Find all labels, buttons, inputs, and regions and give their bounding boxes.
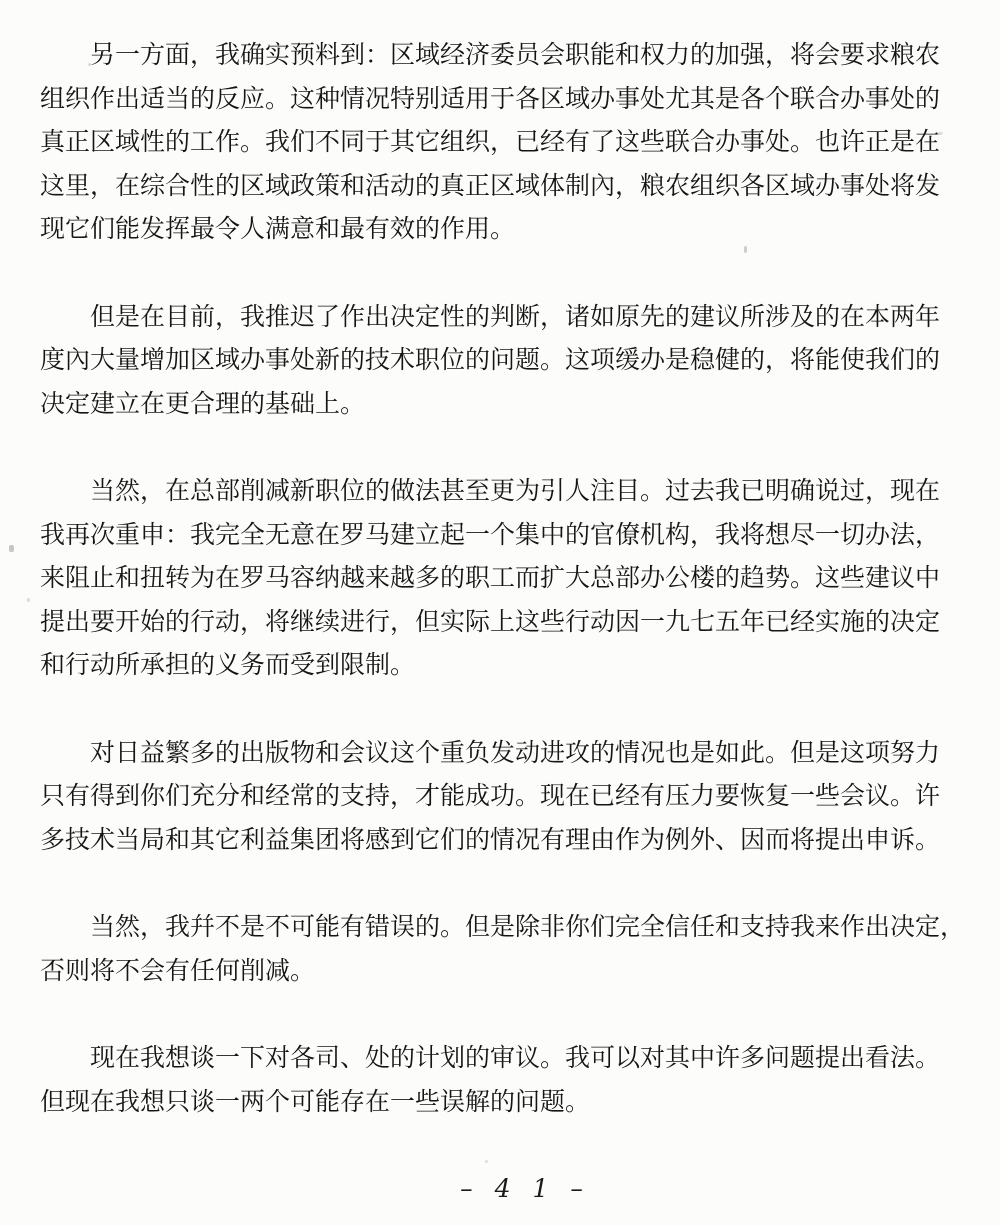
text-line: 多技术当局和其它利益集团将感到它们的情况有理由作为例外、因而将提出申诉。 — [40, 819, 940, 863]
page-number: – 4 1 – — [0, 1174, 1000, 1203]
scan-artifact — [88, 63, 91, 66]
text-line: 但是在目前，我推迟了作出决定性的判断，诸如原先的建议所涉及的在本两年 — [40, 296, 940, 340]
text-line: 对日益繁多的出版物和会议这个重负发动进攻的情况也是如此。但是这项努力 — [40, 732, 940, 776]
text-line: 决定建立在更合理的基础上。 — [40, 383, 940, 427]
scan-artifact — [9, 545, 14, 552]
text-line: 来阻止和扭转为在罗马容纳越来越多的职工而扩大总部办公楼的趋势。这些建议中 — [40, 557, 940, 601]
text-line: 另一方面，我确实预料到：区域经济委员会职能和权力的加强，将会要求粮农 — [40, 34, 940, 78]
text-line: 只有得到你们充分和经常的支持，才能成功。现在已经有压力要恢复一些会议。许 — [40, 775, 940, 819]
paragraph: 当然，我幷不是不可能有错误的。但是除非你们完全信任和支持我来作出决定，否则将不会… — [40, 906, 940, 993]
text-line: 现在我想谈一下对各司、处的计划的审议。我可以对其中许多问题提出看法。 — [40, 1037, 940, 1081]
paragraph: 对日益繁多的出版物和会议这个重负发动进攻的情况也是如此。但是这项努力只有得到你们… — [40, 732, 940, 863]
text-line: 我再次重申：我完全无意在罗马建立起一个集中的官僚机构，我将想尽一切办法， — [40, 514, 940, 558]
text-line: 否则将不会有任何削减。 — [40, 950, 940, 994]
document-page: 另一方面，我确实预料到：区域经济委员会职能和权力的加强，将会要求粮农组织作出适当… — [0, 0, 1000, 1225]
text-line: 和行动所承担的义务而受到限制。 — [40, 644, 940, 688]
paragraph: 另一方面，我确实预料到：区域经济委员会职能和权力的加强，将会要求粮农组织作出适当… — [40, 34, 940, 252]
text-line: 这里，在综合性的区域政策和活动的真正区域体制內，粮农组织各区域办事处将发 — [40, 165, 940, 209]
document-body: 另一方面，我确实预料到：区域经济委员会职能和权力的加强，将会要求粮农组织作出适当… — [0, 0, 1000, 1124]
scan-artifact — [27, 598, 30, 602]
paragraph: 现在我想谈一下对各司、处的计划的审议。我可以对其中许多问题提出看法。但现在我想只… — [40, 1037, 940, 1124]
text-line: 当然，我幷不是不可能有错误的。但是除非你们完全信任和支持我来作出决定， — [40, 906, 940, 950]
paragraph: 但是在目前，我推迟了作出决定性的判断，诸如原先的建议所涉及的在本两年度內大量增加… — [40, 296, 940, 427]
scan-artifact — [485, 1160, 488, 1163]
scan-artifact — [937, 132, 943, 135]
text-line: 提出要开始的行动，将继续进行，但实际上这些行动因一九七五年已经实施的决定 — [40, 601, 940, 645]
text-line: 现它们能发挥最令人满意和最有效的作用。 — [40, 208, 940, 252]
text-line: 当然，在总部削减新职位的做法甚至更为引人注目。过去我已明确说过，现在 — [40, 470, 940, 514]
text-line: 度內大量增加区域办事处新的技术职位的问题。这项缓办是稳健的，将能使我们的 — [40, 339, 940, 383]
paragraph: 当然，在总部削减新职位的做法甚至更为引人注目。过去我已明确说过，现在我再次重申：… — [40, 470, 940, 688]
text-line: 但现在我想只谈一两个可能存在一些误解的问题。 — [40, 1081, 940, 1125]
text-line: 真正区域性的工作。我们不同于其它组织，已经有了这些联合办事处。也许正是在 — [40, 121, 940, 165]
scan-artifact — [744, 246, 747, 253]
text-line: 组织作出适当的反应。这种情况特别适用于各区域办事处尤其是各个联合办事处的 — [40, 78, 940, 122]
